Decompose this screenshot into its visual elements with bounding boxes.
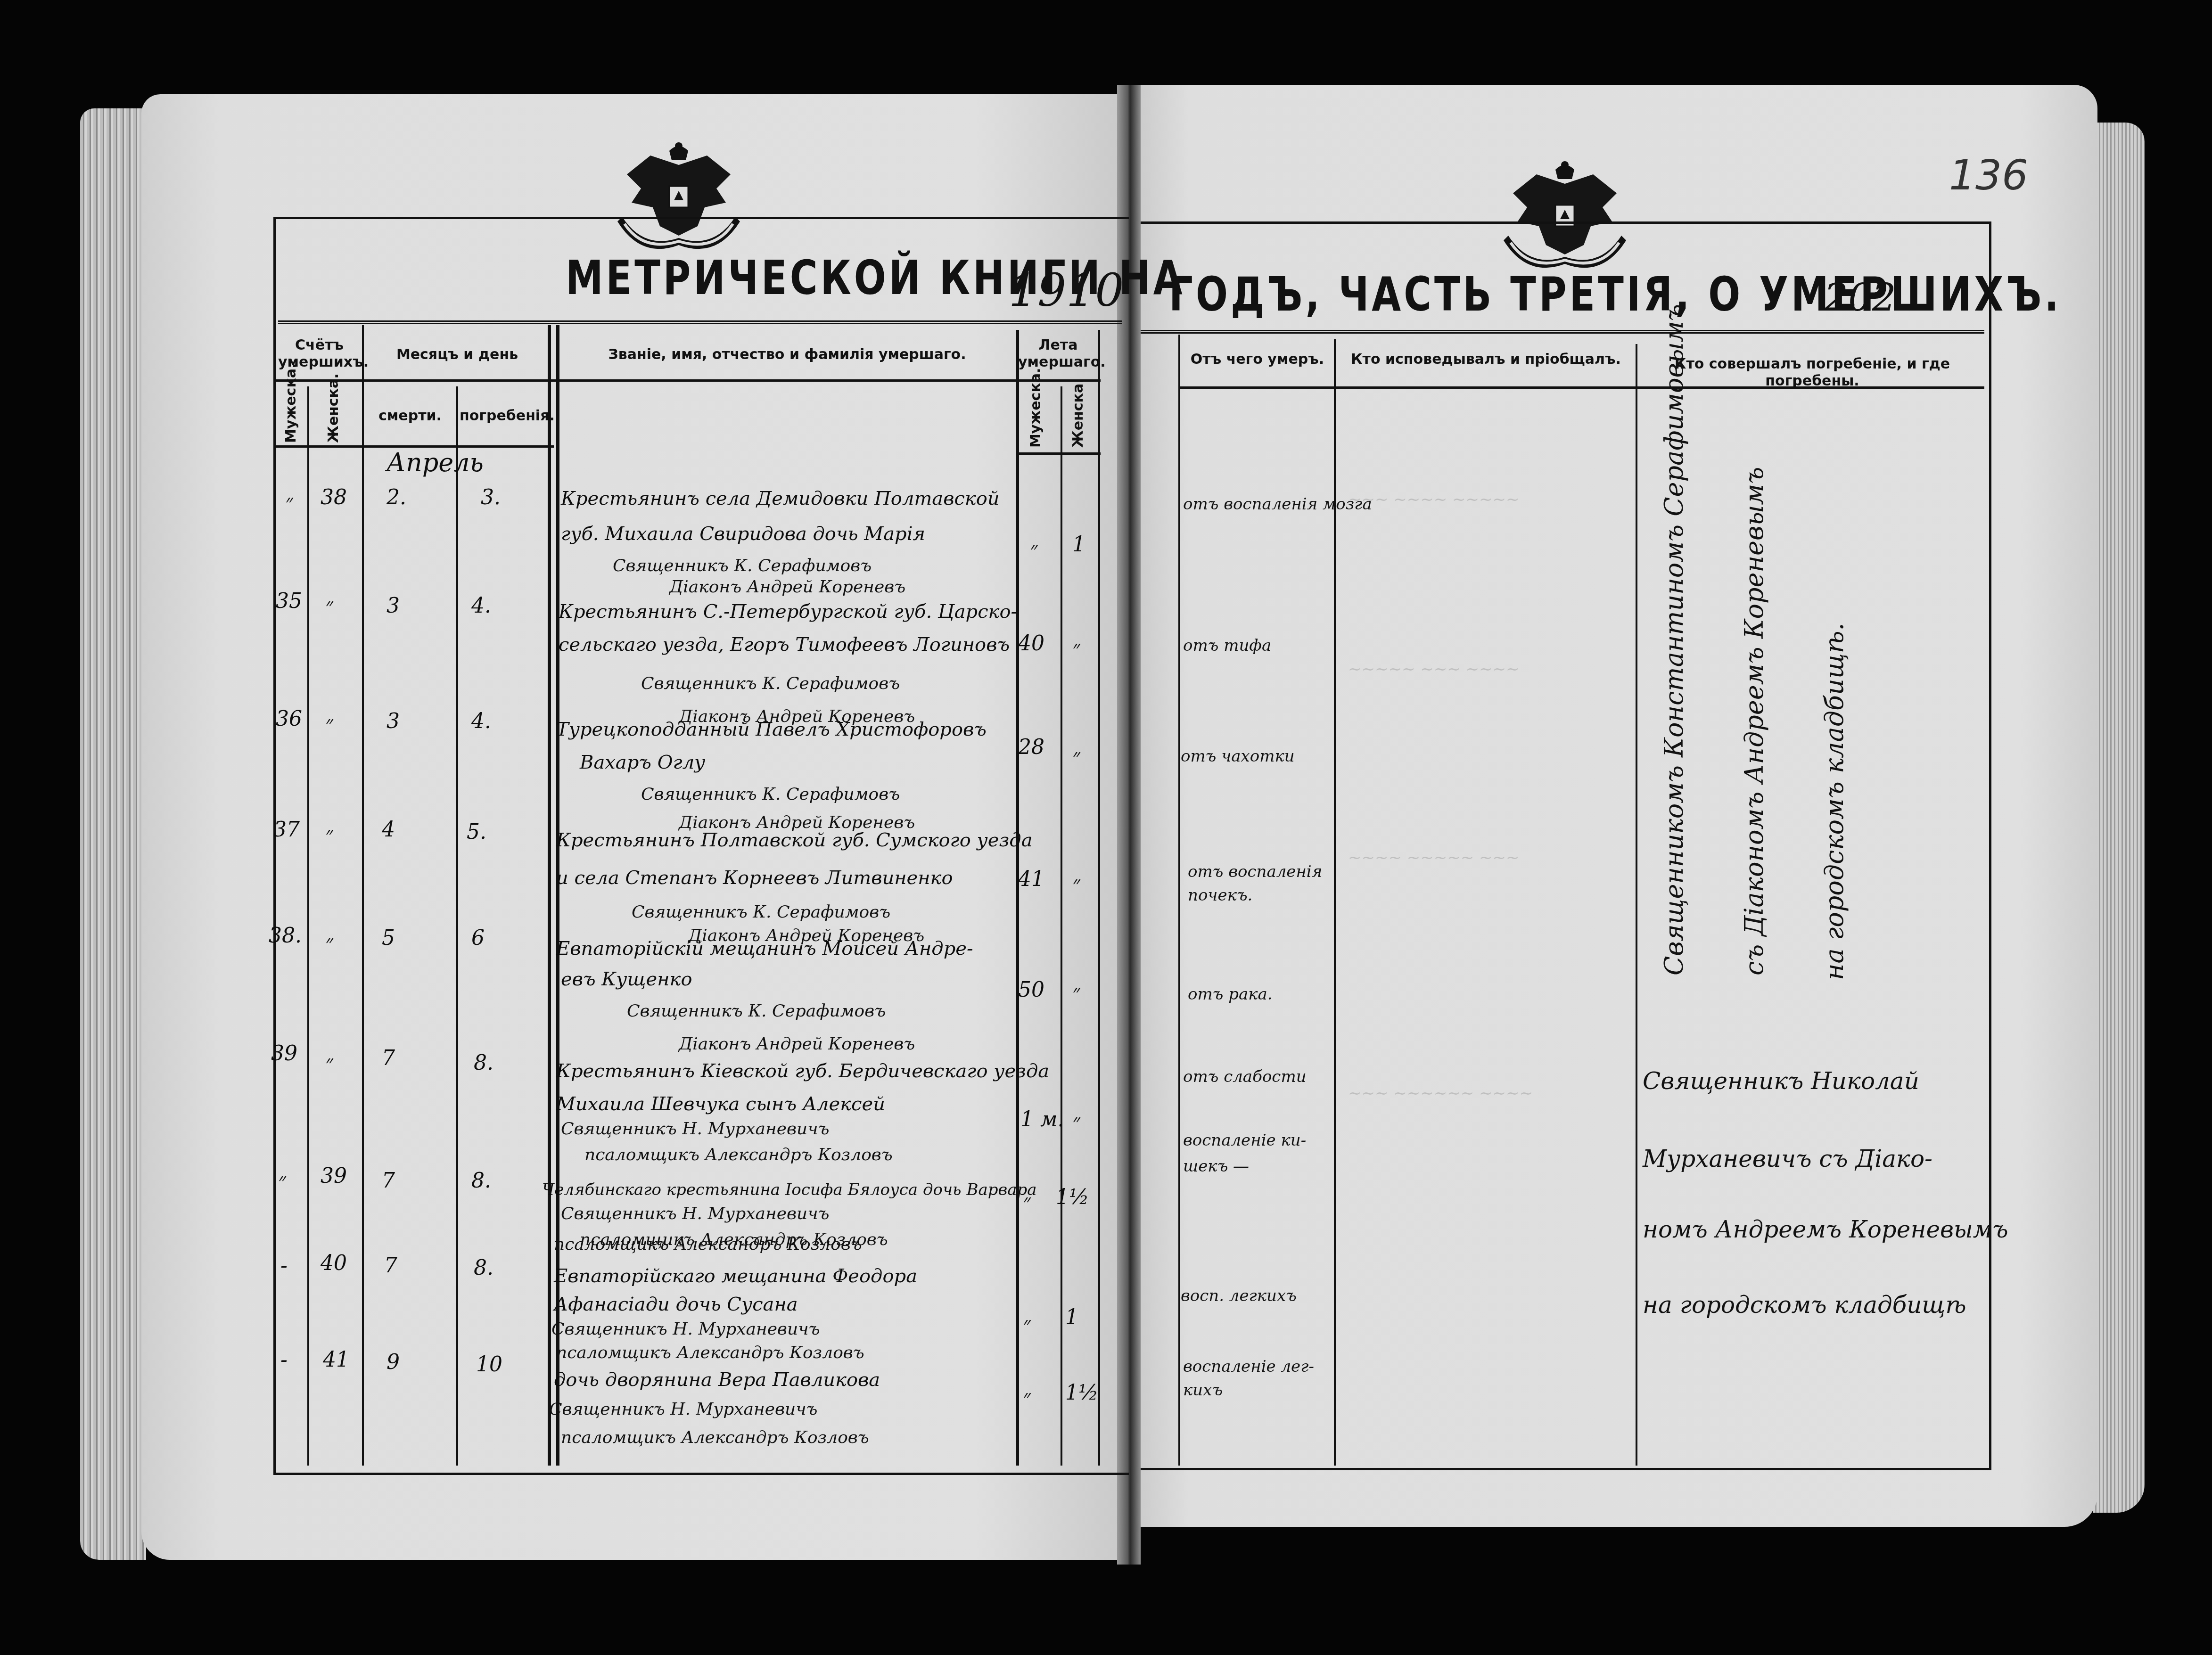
count-male: 35 [276,589,302,613]
name-line: Крестьянинъ села Демидовки Полтавской [561,488,1000,509]
name-line: Челябинскаго крестьянина Іосифа Бялоуса … [542,1180,1037,1199]
name-line: губ. Михаила Свиридова дочь Марія [561,523,925,545]
bleed-through-text: ~~~ ~~~~ ~~~~~ [1348,490,1519,509]
col-divider [362,325,364,1466]
age-female: ״ [1072,980,1080,1004]
burial-vertical-line-2: съ Діакономъ Андреемъ Кореневымъ [1739,434,1769,975]
count-female: 39 [321,1164,347,1188]
title-right: ГОДЪ, ЧАСТЬ ТРЕТІЯ, О УМЕРШИХЪ. [1169,267,2062,322]
name-line: евъ Кущенко [561,968,692,990]
right-page-frame [1141,221,1991,1470]
col-divider [1061,386,1062,1466]
death-day: 4 [382,818,395,842]
cause-of-death: кихъ [1183,1381,1223,1400]
death-day: 3 [386,594,400,618]
burial-vertical-line-1: Священникомъ Константиномъ Серафимовымъ [1659,434,1689,975]
age-male: ״ [1030,537,1038,561]
burial-day: 10 [476,1352,502,1376]
death-day: 7 [382,1046,395,1070]
burial-day: 8. [471,1169,491,1193]
burial-day: 8. [474,1256,493,1280]
col-divider [1098,330,1100,1466]
signature: Діаконъ Андрей Кореневъ [669,577,905,597]
header-subrule [276,379,1101,382]
signature: псаломщикъ Александръ Козловъ [561,1428,869,1447]
burial-line: Священникъ Николай [1643,1067,1919,1095]
archive-folio-number: 136 [1949,151,2028,199]
burial-day: 5. [467,820,486,844]
count-male: ״ [278,1169,286,1193]
age-male: 28 [1018,735,1044,759]
burial-day: 3. [481,485,501,509]
register-page-number: 202 [1824,276,1896,320]
burial-line: на городскомъ кладбищѣ [1643,1291,1966,1319]
name-line: Турецкоподданный Павелъ Христофоровъ [556,719,987,740]
name-line: сельскаго уезда, Егоръ Тимофеевъ Логинов… [559,634,1010,655]
cause-of-death: воспаленіе ки- [1183,1131,1306,1150]
name-line: Крестьянинъ С.-Петербургской губ. Царско… [559,601,1017,623]
age-female: 1 [1065,1305,1078,1329]
col-divider [307,386,309,1466]
name-line: Крестьянинъ Кіевской губ. Бердичевскаго … [556,1060,1049,1082]
age-female: 1½ [1065,1381,1099,1405]
signature: Священникъ К. Серафимовъ [613,556,872,575]
count-male: - [280,1254,288,1278]
age-female: ״ [1072,1110,1080,1134]
header-confessor: Кто исповедывалъ и пріобщалъ. [1339,351,1633,368]
header-date-group: Месяцъ и день [368,346,547,363]
name-line: и села Степанъ Корнеевъ Литвиненко [556,867,953,889]
header-bottom-rule [1016,452,1101,455]
cause-of-death: отъ рака. [1188,985,1273,1004]
book-edge-left [80,108,146,1560]
age-male: ״ [1023,1385,1031,1409]
name-line: Евпаторійскаго мещанина Феодора [554,1265,917,1287]
cause-of-death: шекъ — [1183,1157,1249,1176]
header-cause: Отъ чего умеръ. [1183,351,1332,368]
cause-of-death: отъ чахотки [1181,747,1295,766]
header-death-date: смерти. [365,408,455,425]
signature: Священникъ Н. Мурханевичъ [551,1319,820,1339]
title-rule-left [278,320,1122,324]
header-burial: Кто совершалъ погребеніе, и где погребен… [1640,356,1984,390]
age-male: ״ [1023,1190,1031,1214]
count-female: 38 [321,485,347,509]
col-divider [1178,335,1180,1466]
age-female: ״ [1072,636,1080,660]
death-day: 2. [386,485,406,509]
col-divider [456,386,458,1466]
burial-day: 6 [471,926,485,950]
signature: Священникъ Н. Мурханевичъ [549,1400,818,1419]
bleed-through-text: ~~~ ~~~~~~ ~~~~ [1348,1084,1533,1103]
cause-of-death: почекъ. [1188,886,1252,905]
col-divider [1636,344,1637,1466]
age-male: ״ [1023,1312,1031,1336]
name-line: Вахаръ Оглу [580,752,705,773]
header-burial-date: погребенія. [460,408,544,425]
header-count-male: Мужеска. [283,391,302,443]
count-female: 40 [321,1251,347,1275]
col-divider [548,325,551,1466]
cause-of-death: отъ слабости [1183,1067,1307,1086]
bleed-through-text: ~~~~~ ~~~ ~~~~ [1348,660,1519,679]
count-female: ״ [325,931,333,955]
cause-of-death: отъ тифа [1183,636,1271,655]
age-female: ״ [1072,745,1080,769]
header-age-group: Лета умершаго. [1018,337,1098,371]
col-divider [1016,330,1019,1466]
death-day: 7 [382,1169,395,1193]
name-line: дочь дворянина Вера Павликова [554,1369,880,1391]
death-day: 9 [386,1350,400,1374]
age-male: 40 [1018,631,1044,655]
count-male: 36 [276,707,302,731]
header-count-female: Женска. [325,391,344,443]
signature-previous: псаломщикъ Александръ Козловъ [554,1235,862,1254]
book-edge-right [2093,123,2145,1513]
burial-day: 8. [474,1051,493,1075]
cause-of-death: воспаленіе лег- [1183,1357,1314,1376]
name-line: Михаила Шевчука сынъ Алексей [556,1093,885,1115]
signature: Священникъ К. Серафимовъ [641,785,900,804]
death-day: 5 [382,926,395,950]
burial-day: 4. [471,594,491,618]
count-male: 39 [271,1041,297,1065]
burial-line: Мурханевичъ съ Діако- [1643,1145,1932,1172]
count-male: 38. [269,924,302,948]
signature: Священникъ Н. Мурханевичъ [561,1204,830,1223]
burial-day: 4. [471,709,491,733]
count-female: ״ [325,712,333,736]
signature: Священникъ К. Серафимовъ [632,902,890,922]
death-day: 7 [384,1254,397,1278]
count-male: 37 [273,818,300,842]
signature: Священникъ К. Серафимовъ [627,1001,886,1021]
age-male: 41 [1018,867,1044,891]
count-female: ״ [325,822,333,846]
age-female: ״ [1072,872,1080,896]
count-female: ״ [325,594,333,618]
signature: Священникъ Н. Мурханевичъ [561,1119,830,1139]
death-day: 3 [386,709,400,733]
cause-of-death: отъ воспаленія мозга [1183,495,1372,514]
title-rule-right [1141,330,1984,334]
count-male: ״ [285,490,293,514]
count-female: ״ [325,1051,333,1075]
cause-of-death: отъ воспаленія [1188,862,1322,881]
burial-line: номъ Андреемъ Кореневымъ [1643,1216,2008,1243]
name-line: Евпаторійскій мещанинъ Моисей Андре- [556,938,973,959]
bleed-through-text: ~~~~ ~~~~~ ~~~ [1348,848,1519,867]
signature: Священникъ К. Серафимовъ [641,674,900,693]
cause-of-death: восп. легкихъ [1181,1286,1297,1305]
name-line: Крестьянинъ Полтавской губ. Сумского уез… [556,829,1033,851]
header-name: Званіе, имя, отчество и фамилія умершаго… [561,346,1013,363]
count-female: 41 [323,1348,349,1372]
month-label: Апрель [386,448,484,477]
age-male: 50 [1018,978,1044,1002]
age-female: 1 [1072,533,1085,557]
register-year: 1910 [1009,264,1124,317]
signature: псаломщикъ Александръ Козловъ [584,1145,893,1164]
signature: Діаконъ Андрей Кореневъ [679,1034,915,1054]
name-line: Афанасіади дочь Сусана [554,1294,798,1315]
count-male: - [280,1348,288,1372]
signature: псаломщикъ Александръ Козловъ [556,1343,864,1362]
header-age-male: Мужеска. [1028,396,1046,448]
age-female: 1½ [1056,1185,1089,1209]
age-male: 1 м. [1020,1107,1064,1131]
header-age-female: Женска. [1070,396,1089,448]
burial-vertical-line-3: на городскомъ кладбищѣ. [1819,462,1849,980]
